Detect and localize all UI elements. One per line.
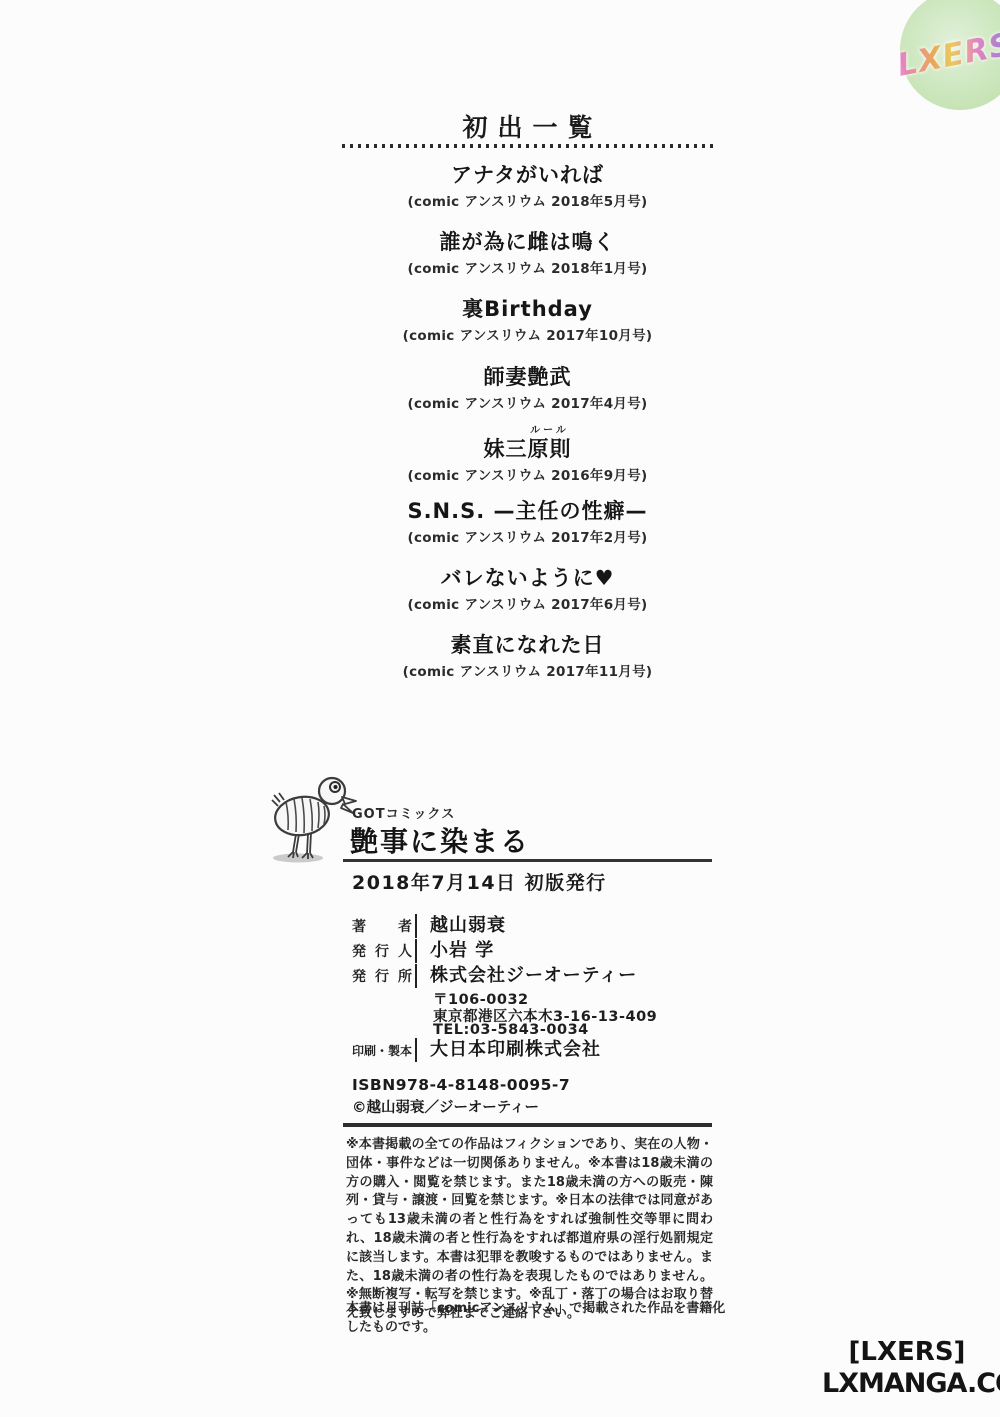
entry-title: S.N.S. —主任の性癖— (342, 499, 713, 524)
entry-source: (comic アンスリウム 2017年2月号) (342, 526, 713, 546)
publication-entry: 師妻艶武 (comic アンスリウム 2017年4月号) (342, 365, 713, 412)
row-value: 越山弱衰 (415, 914, 506, 938)
entry-source: (comic アンスリウム 2017年6月号) (342, 593, 713, 613)
entry-source: (comic アンスリウム 2017年4月号) (342, 392, 713, 412)
scanned-colophon-page: LXERS 初出一覧 アナタがいれば (comic アンスリウム 2018年5月… (0, 0, 1000, 1417)
entry-title: 妹三原則 (342, 437, 713, 462)
entry-furigana: ルール (364, 421, 735, 436)
colophon-row-publisher: 発行所 株式会社ジーオーティー (352, 964, 637, 988)
copyright-line: ©越山弱衰／ジーオーティー (352, 1096, 539, 1117)
entry-title: アナタがいれば (342, 163, 713, 188)
watermark-url: LXMANGA.COM (822, 1368, 992, 1400)
entry-source: (comic アンスリウム 2017年10月号) (342, 324, 713, 344)
first-publication-heading: 初出一覧 (342, 108, 713, 144)
publication-entry: 裏Birthday (comic アンスリウム 2017年10月号) (342, 297, 713, 344)
lxers-logo-text: LXERS (894, 26, 1000, 83)
site-watermark: [LXERS] LXMANGA.COM (822, 1336, 992, 1400)
entry-source: (comic アンスリウム 2017年11月号) (342, 660, 713, 680)
publication-entry: バレないように♥ (comic アンスリウム 2017年6月号) (342, 566, 713, 613)
row-label: 発行所 (352, 966, 412, 986)
disclaimer-rule (343, 1123, 712, 1127)
watermark-tag: [LXERS] (822, 1336, 992, 1368)
dotted-divider (342, 144, 713, 148)
publication-entry: ルール 妹三原則 (comic アンスリウム 2016年9月号) (342, 421, 713, 484)
disclaimer-text: ※本書掲載の全ての作品はフィクションであり、実在の人物・団体・事件などは一切関係… (346, 1136, 713, 1324)
publication-entry: アナタがいれば (comic アンスリウム 2018年5月号) (342, 163, 713, 210)
book-title: 艶事に染まる (350, 820, 530, 860)
row-value: 小岩 学 (415, 939, 494, 963)
row-label: 印刷・製本 (352, 1042, 412, 1059)
entry-title: 素直になれた日 (342, 633, 713, 658)
entry-source: (comic アンスリウム 2016年9月号) (342, 464, 713, 484)
lxers-logo-badge: LXERS (900, 0, 1000, 110)
colophon-row-author: 著者 越山弱衰 (352, 914, 506, 938)
isbn: ISBN978-4-8148-0095-7 (352, 1076, 570, 1094)
entry-title: 裏Birthday (342, 297, 713, 322)
row-label: 発行人 (352, 941, 412, 961)
publication-entry: S.N.S. —主任の性癖— (comic アンスリウム 2017年2月号) (342, 499, 713, 546)
row-value: 大日本印刷株式会社 (415, 1038, 601, 1062)
entry-title: バレないように♥ (342, 566, 713, 591)
publisher-phone: TEL:03-5843-0034 (433, 1022, 589, 1038)
serialization-note: 本書は月刊誌「comicアンスリウム」で掲載された作品を書籍化したものです。 (346, 1297, 726, 1335)
colophon-row-publisher-person: 発行人 小岩 学 (352, 939, 494, 963)
entry-source: (comic アンスリウム 2018年5月号) (342, 190, 713, 210)
row-value: 株式会社ジーオーティー (415, 964, 637, 988)
entry-source: (comic アンスリウム 2018年1月号) (342, 257, 713, 277)
publication-entry: 誰が為に雌は鳴く (comic アンスリウム 2018年1月号) (342, 230, 713, 277)
title-rule (343, 859, 712, 862)
entry-title: 師妻艶武 (342, 365, 713, 390)
publication-entry: 素直になれた日 (comic アンスリウム 2017年11月号) (342, 633, 713, 680)
edition-date: 2018年7月14日 初版発行 (352, 868, 607, 895)
bird-sketch-icon (266, 770, 358, 864)
colophon-row-printer: 印刷・製本 大日本印刷株式会社 (352, 1038, 601, 1062)
entry-title: 誰が為に雌は鳴く (342, 230, 713, 255)
row-label: 著者 (352, 916, 412, 936)
